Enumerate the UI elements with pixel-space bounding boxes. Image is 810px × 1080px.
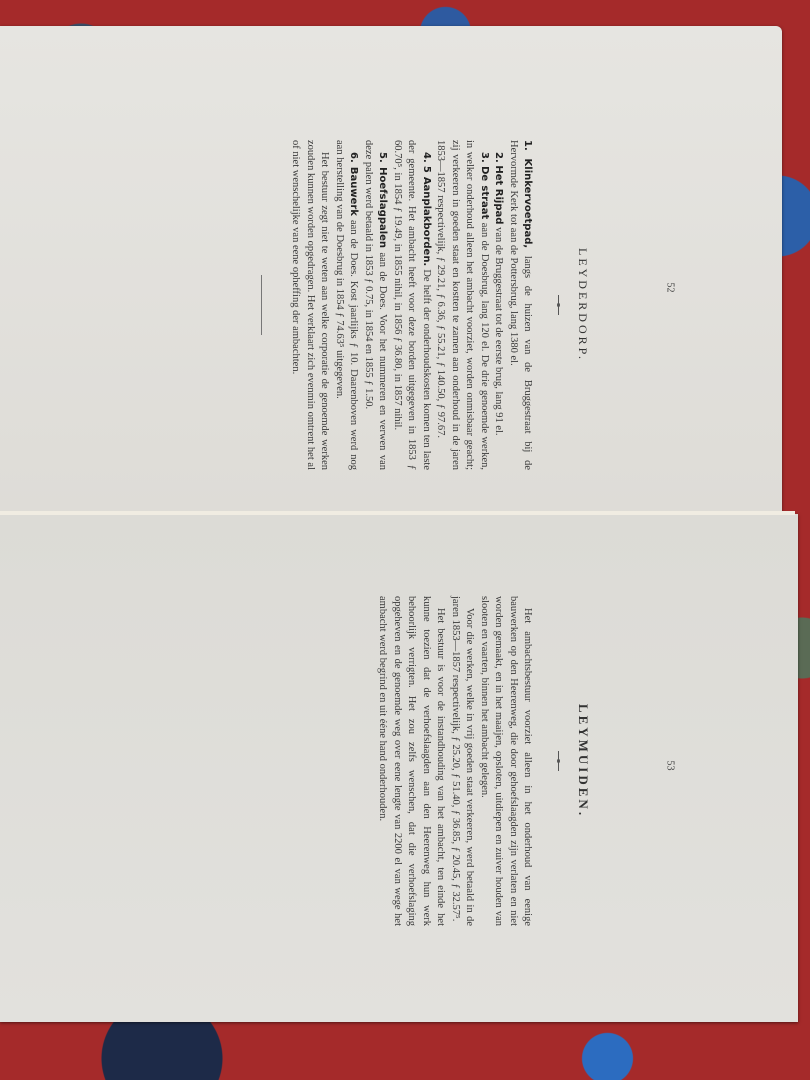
- closing-paragraph: Het bestuur zegt niet te weten aan welke…: [288, 140, 332, 470]
- ornament-divider: [559, 295, 560, 315]
- ornament-divider: [559, 751, 560, 771]
- page-number-right: 53: [665, 761, 676, 771]
- paragraph-2: Voor die werken, welke in vrij goeden st…: [448, 596, 477, 926]
- page-number-left: 52: [665, 283, 676, 293]
- left-page-content: LEYDERDORP. 1. Klinkervoetpad, langs de …: [261, 140, 590, 470]
- section-heading-leymuiden: LEYMUIDEN.: [576, 596, 591, 926]
- item-1: 1. Klinkervoetpad, langs de huizen van d…: [506, 140, 535, 470]
- paragraph-1: Het ambachtsbestuur voorziet alleen in h…: [477, 596, 535, 926]
- item-6: 6. Bauwerk aan de Does. Kost jaarlijks ƒ…: [332, 140, 361, 470]
- right-page-content: LEYMUIDEN. Het ambachtsbestuur voorziet …: [375, 596, 590, 926]
- item-3: 3. De straat aan de Doesbrug, lang 120 e…: [433, 140, 491, 470]
- item-4: 4. 5 Aanplakborden. De helft der onderho…: [390, 140, 434, 470]
- end-rule: [261, 275, 262, 335]
- item-5: 5. Hoefslagpalen aan de Does. Voor het n…: [361, 140, 390, 470]
- section-heading-leyderdorp: LEYDERDORP.: [576, 140, 591, 470]
- book-fold: [0, 511, 795, 515]
- paragraph-3: Het bestuur is voor de instandhouding va…: [375, 596, 448, 926]
- item-2: 2. Het Rijpad van de Bruggestraat tot de…: [491, 140, 506, 470]
